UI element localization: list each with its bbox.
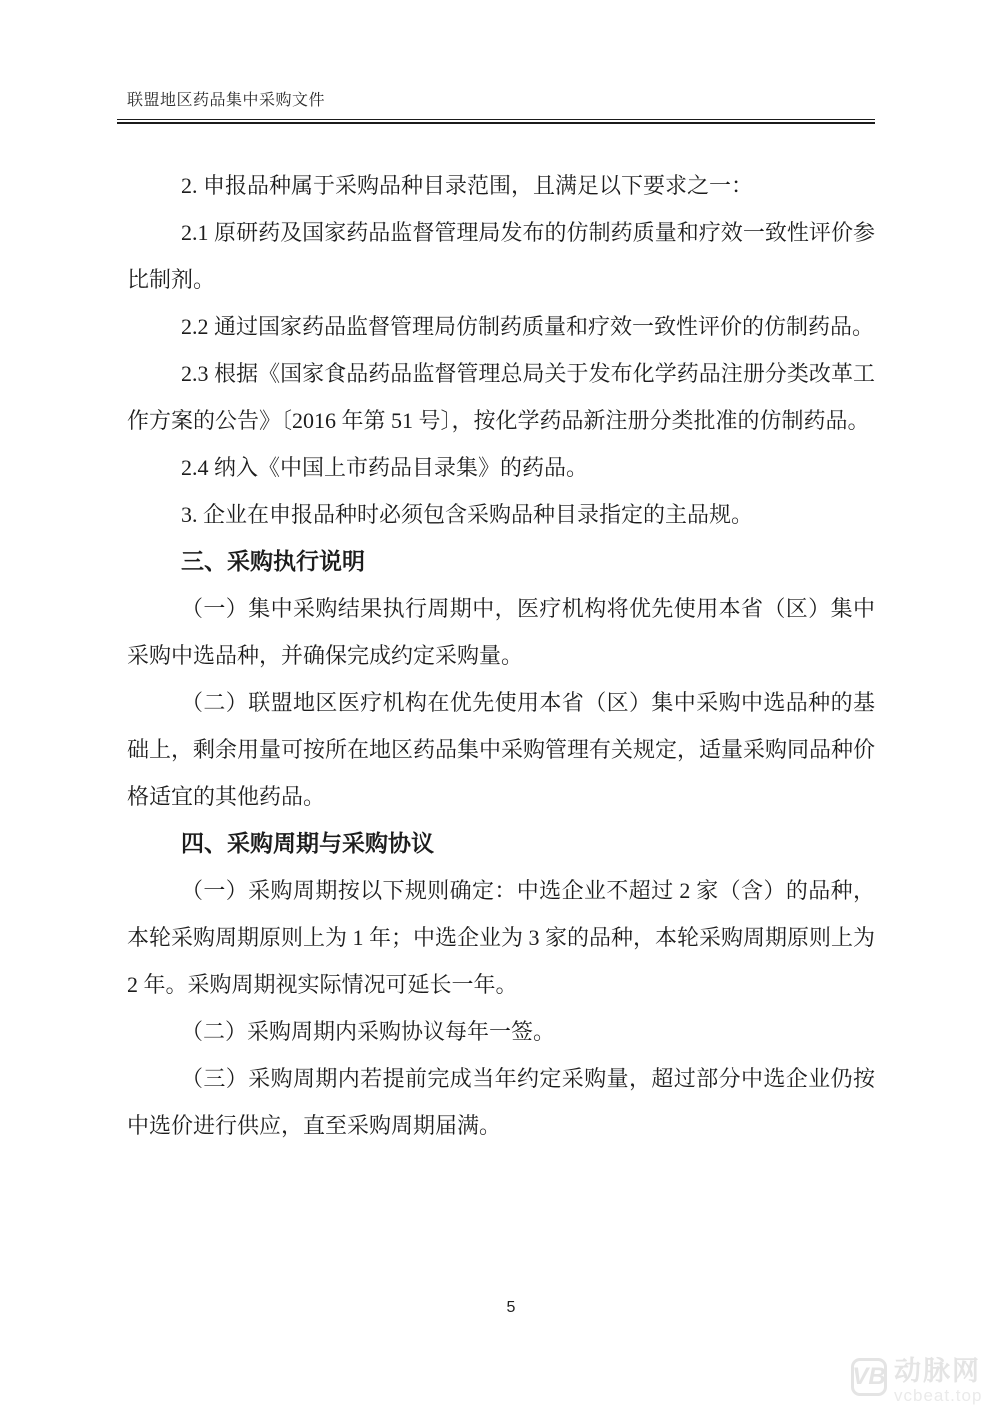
paragraph: 2.2 通过国家药品监督管理局仿制药质量和疗效一致性评价的仿制药品。: [127, 303, 875, 350]
paragraph: 2.3 根据《国家食品药品监督管理总局关于发布化学药品注册分类改革工作方案的公告…: [127, 350, 875, 444]
paragraph: （二）采购周期内采购协议每年一签。: [127, 1008, 875, 1055]
paragraph: （三）采购周期内若提前完成当年约定采购量，超过部分中选企业仍按中选价进行供应，直…: [127, 1055, 875, 1149]
watermark-domain: vcbeat.top: [894, 1387, 982, 1404]
document-page: 联盟地区药品集中采购文件 2. 申报品种属于采购品种目录范围，且满足以下要求之一…: [0, 0, 1000, 1414]
paragraph: 2.4 纳入《中国上市药品目录集》的药品。: [127, 444, 875, 491]
paragraph: 2.1 原研药及国家药品监督管理局发布的仿制药质量和疗效一致性评价参比制剂。: [127, 209, 875, 303]
paragraph: （一）集中采购结果执行周期中，医疗机构将优先使用本省（区）集中采购中选品种，并确…: [127, 585, 875, 679]
header-divider-rule: [117, 119, 875, 124]
page-number: 5: [0, 1299, 1000, 1317]
document-body: 2. 申报品种属于采购品种目录范围，且满足以下要求之一： 2.1 原研药及国家药…: [127, 162, 875, 1149]
vb-logo-icon: VB: [851, 1358, 887, 1396]
paragraph: （二）联盟地区医疗机构在优先使用本省（区）集中采购中选品种的基础上，剩余用量可按…: [127, 679, 875, 820]
paragraph: 3. 企业在申报品种时必须包含采购品种目录指定的主品规。: [127, 491, 875, 538]
paragraph: 2. 申报品种属于采购品种目录范围，且满足以下要求之一：: [127, 162, 875, 209]
watermark-text: 动脉网 vcbeat.top: [894, 1358, 982, 1404]
watermark-brand-name: 动脉网: [894, 1358, 982, 1385]
paragraph: （一）采购周期按以下规则确定：中选企业不超过 2 家（含）的品种，本轮采购周期原…: [127, 867, 875, 1008]
section-heading: 三、采购执行说明: [127, 538, 875, 585]
section-heading: 四、采购周期与采购协议: [127, 820, 875, 867]
vcbeat-watermark: VB 动脉网 vcbeat.top: [851, 1358, 982, 1404]
running-header: 联盟地区药品集中采购文件: [127, 87, 325, 110]
